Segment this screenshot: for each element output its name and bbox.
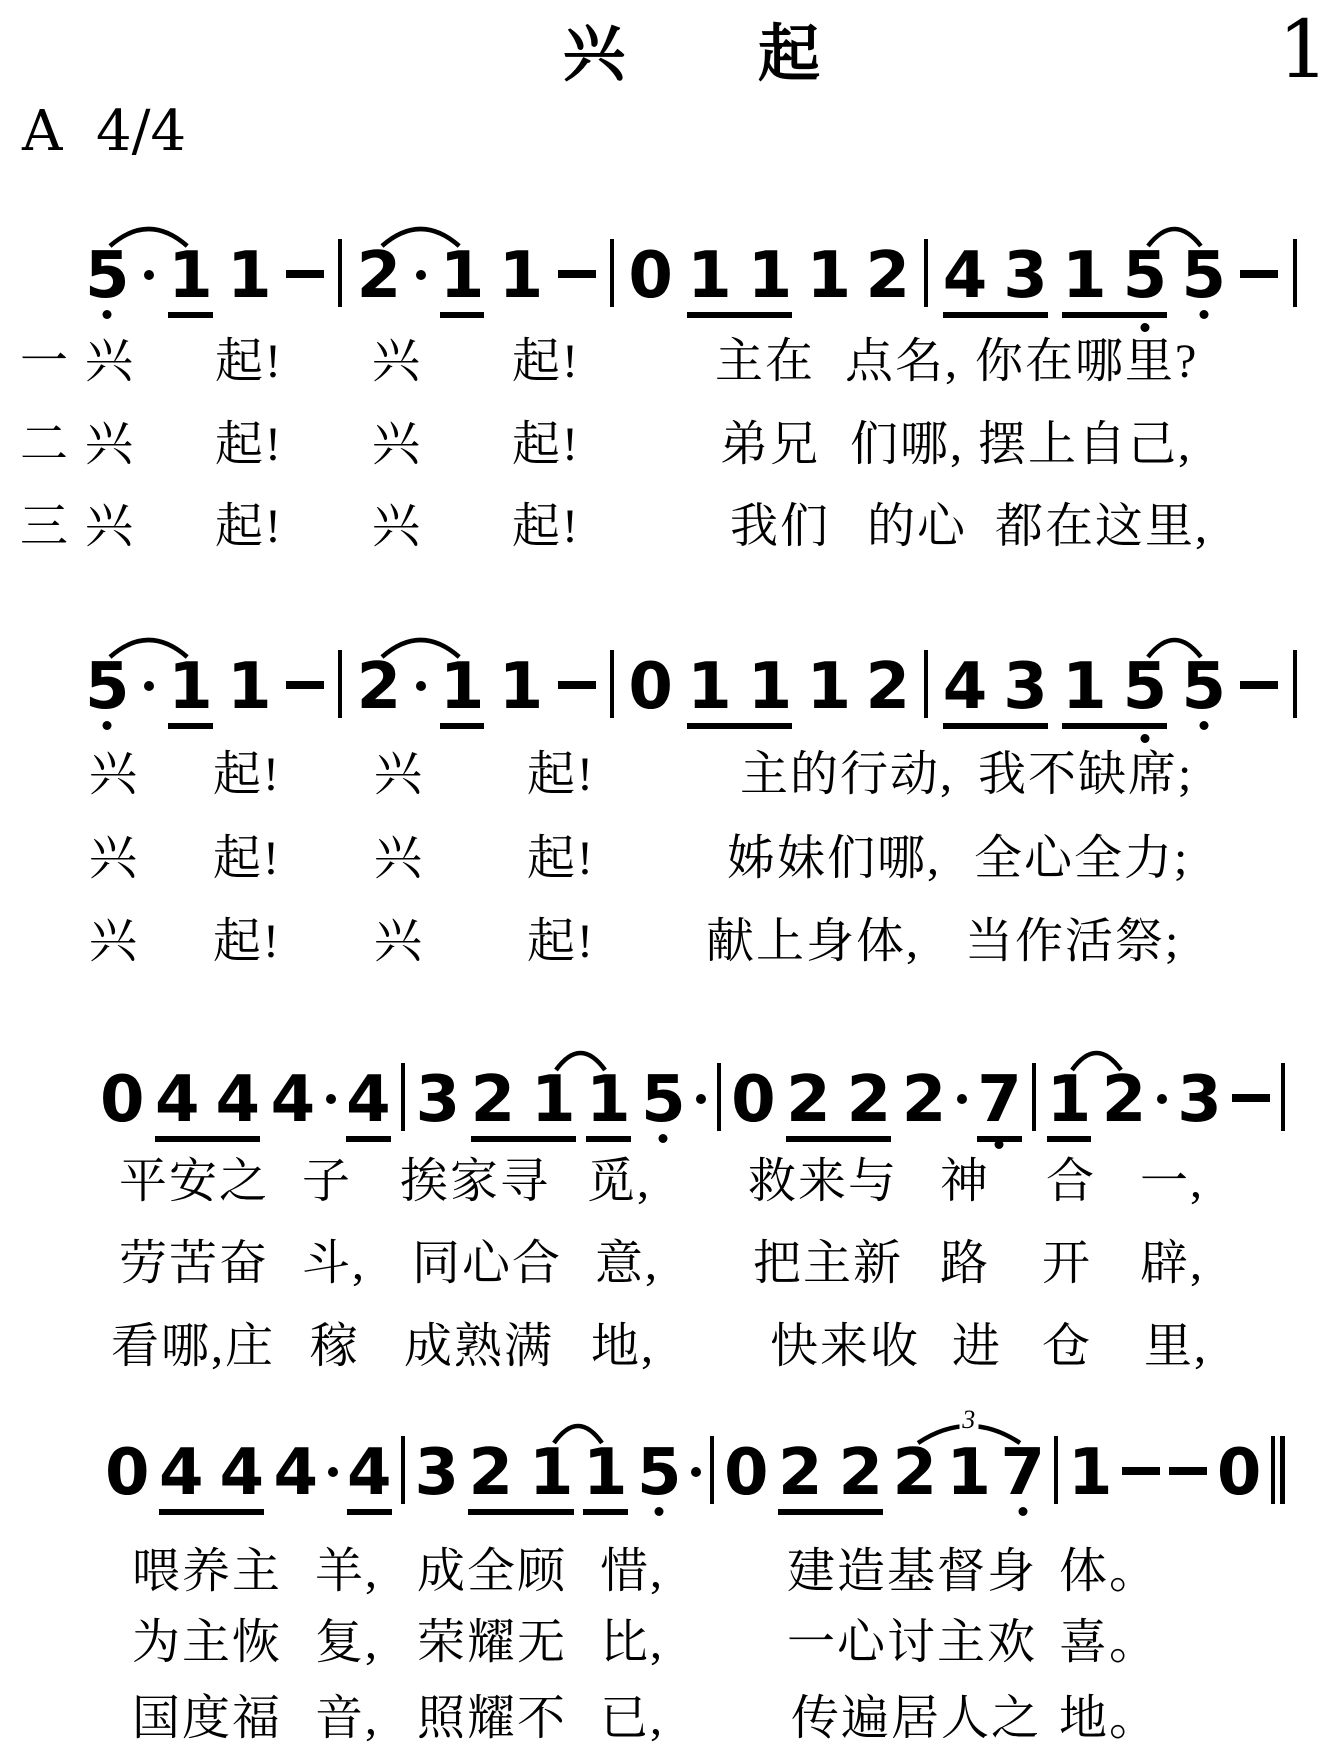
- lyric-text: 荣耀无: [417, 1616, 567, 1670]
- lyric-text: 都在这里,: [995, 500, 1209, 554]
- barline-icon: [1293, 650, 1297, 718]
- augmentation-dot-icon: [691, 1467, 701, 1477]
- lyric-text: 起!: [213, 832, 281, 886]
- lyric-text: 我们: [730, 500, 830, 554]
- note: 1: [1047, 1068, 1092, 1142]
- extension-dash-icon: [1240, 681, 1278, 689]
- note: 1: [440, 244, 485, 318]
- lyric-text: 我不缺席;: [978, 748, 1193, 802]
- extension-dash-icon: [558, 681, 596, 689]
- lyric-text: 起!: [215, 500, 283, 554]
- lyric-text: 兴: [372, 335, 422, 389]
- note: 2: [468, 1441, 513, 1505]
- lyric-text: 兴: [374, 832, 424, 886]
- lyric-text: 喂养主: [132, 1545, 282, 1599]
- lyric-text: 成全顾: [417, 1545, 567, 1599]
- note: 1: [687, 655, 732, 719]
- rest-note: 0: [100, 1068, 145, 1132]
- lyric-text: 快来收: [770, 1320, 920, 1374]
- note: 2: [357, 655, 402, 719]
- augmentation-dot-icon: [326, 1094, 336, 1104]
- lyric-row: 一兴起!兴起!主在点名,你在哪里?: [0, 335, 1320, 393]
- lyric-text: 劳苦奋: [119, 1237, 269, 1291]
- barline-icon: [924, 239, 928, 307]
- note: 7: [977, 1068, 1022, 1142]
- extension-dash-icon: [1240, 270, 1278, 278]
- lyric-text: 全心全力;: [974, 832, 1189, 886]
- key-signature: A: [22, 104, 62, 160]
- note: 1: [499, 655, 544, 719]
- lyric-text: 开: [1042, 1237, 1092, 1291]
- note: 3: [416, 1068, 461, 1132]
- lyric-text: 兴: [372, 418, 422, 472]
- note: 7: [1000, 1441, 1045, 1505]
- extension-dash-icon: [286, 681, 324, 689]
- lyric-text: 复,: [315, 1616, 379, 1670]
- barline-icon: [924, 650, 928, 718]
- lyric-text: 地。: [1059, 1692, 1159, 1746]
- barline-icon: [717, 1063, 721, 1131]
- lyric-row: 二兴起!兴起!弟兄们哪,摆上自己,: [0, 418, 1320, 476]
- lyric-row: 国度福音,照耀不已,传遍居人之地。: [0, 1692, 1320, 1750]
- notation-line-3: 044443211502227123: [100, 1042, 1285, 1164]
- augmentation-dot-icon: [416, 270, 426, 280]
- lyric-text: 喜。: [1059, 1616, 1159, 1670]
- lyric-text: 地,: [591, 1320, 655, 1374]
- note: 4: [346, 1068, 391, 1142]
- lyric-text: 们哪,: [850, 418, 964, 472]
- note: 1: [227, 655, 272, 719]
- note: 4: [943, 655, 988, 719]
- rest-note: 0: [731, 1068, 776, 1132]
- lyric-row: 看哪,庄稼成熟满地,快来收进仓里,: [0, 1320, 1320, 1378]
- note: 2: [892, 1441, 937, 1505]
- note: 1: [687, 244, 732, 308]
- lyric-text: 一,: [1140, 1155, 1204, 1209]
- lyric-text: 兴: [374, 748, 424, 802]
- extension-dash-icon: [1232, 1094, 1270, 1102]
- lyric-row: 兴起!兴起!献上身体,当作活祭;: [0, 915, 1320, 973]
- note: 2: [786, 1068, 831, 1132]
- rest-note: 0: [1217, 1441, 1262, 1505]
- lyric-text: 献上身体,: [706, 915, 920, 969]
- lyric-text: 三: [20, 500, 70, 554]
- augmentation-dot-icon: [416, 681, 426, 691]
- lyric-text: 起!: [213, 915, 281, 969]
- note: 4: [347, 1441, 392, 1515]
- notation-line-1: 5112110111243155: [85, 218, 1297, 340]
- lyric-text: 挨家寻: [400, 1155, 550, 1209]
- note: 2: [847, 1068, 892, 1132]
- lyric-text: 摆上自己,: [978, 418, 1192, 472]
- lyric-text: 起!: [527, 748, 595, 802]
- lyric-text: 辟,: [1140, 1237, 1204, 1291]
- lyric-text: 已,: [600, 1692, 664, 1746]
- note: 1: [529, 1441, 574, 1505]
- beamed-note-group: 43: [943, 244, 1048, 318]
- lyric-row: 劳苦奋斗,同心合意,把主新路开辟,: [0, 1237, 1320, 1295]
- note: 2: [357, 244, 402, 308]
- note: 2: [778, 1441, 823, 1505]
- note: 1: [748, 244, 793, 308]
- lyric-text: 看哪,庄: [111, 1320, 275, 1374]
- note: 1: [748, 655, 793, 719]
- lyric-text: 救来与: [748, 1155, 898, 1209]
- lyric-text: 起!: [527, 915, 595, 969]
- notation-line-4: 0444432115022217103: [105, 1415, 1285, 1537]
- lyric-text: 路: [940, 1237, 990, 1291]
- lyric-text: 把主新: [753, 1237, 903, 1291]
- note: 1: [946, 1441, 991, 1505]
- note: 1: [168, 244, 213, 318]
- lyric-text: 你在哪里?: [975, 335, 1198, 389]
- beamed-note-group: 44: [159, 1441, 264, 1515]
- lyric-text: 点名,: [845, 335, 959, 389]
- barline-icon: [1293, 239, 1297, 307]
- beamed-note-group: 15: [1062, 244, 1167, 318]
- lyric-text: 起!: [512, 500, 580, 554]
- note: 1: [1062, 655, 1107, 719]
- lyric-text: 姊妹们哪,: [727, 832, 941, 886]
- lyric-text: 起!: [527, 832, 595, 886]
- beamed-note-group: 43: [943, 655, 1048, 729]
- lyric-text: 兴: [85, 500, 135, 554]
- note: 1: [168, 655, 213, 729]
- note: 4: [216, 1068, 261, 1132]
- note: 1: [1062, 244, 1107, 308]
- beamed-note-group: 15: [1062, 655, 1167, 729]
- lyric-text: 为主恢: [132, 1616, 282, 1670]
- lyric-text: 觅,: [587, 1155, 651, 1209]
- barline-icon: [338, 239, 342, 307]
- lyric-text: 比,: [600, 1616, 664, 1670]
- note: 4: [943, 244, 988, 308]
- note: 5: [1123, 244, 1168, 308]
- note: 5: [85, 244, 130, 308]
- note: 1: [807, 655, 852, 719]
- beamed-note-group: 21: [468, 1441, 573, 1515]
- note: 1: [807, 244, 852, 308]
- note: 4: [271, 1068, 316, 1132]
- lyric-text: 主在: [715, 335, 815, 389]
- extension-dash-icon: [1169, 1467, 1207, 1475]
- note: 2: [471, 1068, 516, 1132]
- lyric-text: 兴: [85, 335, 135, 389]
- lyric-text: 进: [952, 1320, 1002, 1374]
- note: 1: [499, 244, 544, 308]
- note: 3: [1003, 244, 1048, 308]
- beamed-note-group: 21: [471, 1068, 576, 1142]
- extension-dash-icon: [286, 270, 324, 278]
- lyric-text: 起!: [512, 335, 580, 389]
- lyric-text: 照耀不: [417, 1692, 567, 1746]
- beamed-note-group: 44: [155, 1068, 260, 1142]
- lyric-text: 稼: [310, 1320, 360, 1374]
- lyric-text: 一心讨主欢: [787, 1616, 1037, 1670]
- lyric-text: 同心合: [412, 1237, 562, 1291]
- note: 1: [586, 1068, 631, 1142]
- note: 1: [1068, 1441, 1113, 1505]
- augmentation-dot-icon: [328, 1467, 338, 1477]
- lyric-row: 兴起!兴起!主的行动,我不缺席;: [0, 748, 1320, 806]
- lyric-text: 意,: [595, 1237, 659, 1291]
- note: 5: [641, 1068, 686, 1132]
- page-title-char-1: 兴: [563, 24, 625, 86]
- lyric-row: 喂养主羊,成全顾惜,建造基督身体。: [0, 1545, 1320, 1603]
- lyric-text: 建造基督身: [787, 1545, 1037, 1599]
- augmentation-dot-icon: [1157, 1094, 1167, 1104]
- lyric-text: 兴: [89, 832, 139, 886]
- lyric-text: 斗,: [302, 1237, 366, 1291]
- lyric-text: 音,: [315, 1692, 379, 1746]
- lyric-text: 仓: [1042, 1320, 1092, 1374]
- note: 4: [159, 1441, 204, 1505]
- page-number: 1: [1278, 10, 1320, 90]
- note: 5: [637, 1441, 682, 1505]
- lyric-text: 弟兄: [720, 418, 820, 472]
- hymn-sheet-page: 兴 起 1 A 4/4 5112110111243155 51121101112…: [0, 0, 1320, 1752]
- note: 2: [1102, 1068, 1147, 1132]
- lyric-text: 平安之: [119, 1155, 269, 1209]
- note: 2: [838, 1441, 883, 1505]
- barline-icon: [1054, 1436, 1058, 1504]
- lyric-text: 起!: [512, 418, 580, 472]
- lyric-text: 二: [20, 418, 70, 472]
- lyric-text: 神: [940, 1155, 990, 1209]
- final-barline-icon: [1271, 1436, 1285, 1504]
- lyric-text: 惜,: [600, 1545, 664, 1599]
- note: 5: [1123, 655, 1168, 719]
- lyric-text: 兴: [374, 915, 424, 969]
- barline-icon: [401, 1436, 405, 1504]
- note: 2: [902, 1068, 947, 1132]
- beamed-note-group: 22: [786, 1068, 891, 1142]
- beamed-note-group: 22: [778, 1441, 883, 1515]
- barline-icon: [610, 239, 614, 307]
- rest-note: 0: [628, 244, 673, 308]
- note: 4: [220, 1441, 265, 1505]
- lyric-row: 三兴起!兴起!我们的心都在这里,: [0, 500, 1320, 558]
- note: 2: [865, 244, 910, 308]
- lyric-text: 合: [1046, 1155, 1096, 1209]
- augmentation-dot-icon: [144, 681, 154, 691]
- note: 1: [227, 244, 272, 308]
- time-signature: 4/4: [96, 104, 186, 160]
- barline-icon: [1032, 1063, 1036, 1131]
- lyric-text: 里,: [1144, 1320, 1208, 1374]
- lyric-text: 体。: [1059, 1545, 1159, 1599]
- note: 3: [1177, 1068, 1222, 1132]
- lyric-text: 国度福: [132, 1692, 282, 1746]
- tuplet-number: 3: [959, 1407, 978, 1433]
- lyric-text: 起!: [215, 335, 283, 389]
- augmentation-dot-icon: [696, 1094, 706, 1104]
- lyric-text: 起!: [213, 748, 281, 802]
- lyric-text: 子: [302, 1155, 352, 1209]
- note: 3: [414, 1441, 459, 1505]
- lyric-row: 平安之子挨家寻觅,救来与神合一,: [0, 1155, 1320, 1213]
- note: 1: [583, 1441, 628, 1515]
- extension-dash-icon: [1122, 1467, 1160, 1475]
- note: 5: [1182, 655, 1227, 719]
- note: 5: [1182, 244, 1227, 308]
- augmentation-dot-icon: [144, 270, 154, 280]
- rest-note: 0: [105, 1441, 150, 1505]
- page-title-char-2: 起: [758, 24, 820, 86]
- lyric-text: 成熟满: [404, 1320, 554, 1374]
- lyric-text: 当作活祭;: [965, 915, 1180, 969]
- lyric-text: 主的行动,: [740, 748, 954, 802]
- note: 5: [85, 655, 130, 719]
- lyric-text: 起!: [215, 418, 283, 472]
- note: 3: [1003, 655, 1048, 719]
- lyric-text: 羊,: [315, 1545, 379, 1599]
- barline-icon: [401, 1063, 405, 1131]
- beamed-note-group: 11: [687, 244, 792, 318]
- notation-line-2: 5112110111243155: [85, 629, 1297, 751]
- lyric-row: 为主恢复,荣耀无比,一心讨主欢喜。: [0, 1616, 1320, 1674]
- note: 4: [155, 1068, 200, 1132]
- rest-note: 0: [628, 655, 673, 719]
- barline-icon: [710, 1436, 714, 1504]
- lyric-text: 兴: [89, 915, 139, 969]
- lyric-text: 一: [20, 335, 70, 389]
- rest-note: 0: [724, 1441, 769, 1505]
- lyric-text: 兴: [372, 500, 422, 554]
- beamed-note-group: 11: [687, 655, 792, 729]
- note: 4: [274, 1441, 319, 1505]
- lyric-text: 传遍居人之: [791, 1692, 1041, 1746]
- note: 1: [440, 655, 485, 729]
- augmentation-dot-icon: [957, 1094, 967, 1104]
- lyric-text: 兴: [85, 418, 135, 472]
- barline-icon: [1281, 1063, 1285, 1131]
- note: 1: [531, 1068, 576, 1132]
- note: 2: [865, 655, 910, 719]
- lyric-text: 的心: [867, 500, 967, 554]
- lyric-text: 兴: [89, 748, 139, 802]
- barline-icon: [610, 650, 614, 718]
- barline-icon: [338, 650, 342, 718]
- lyric-row: 兴起!兴起!姊妹们哪,全心全力;: [0, 832, 1320, 890]
- extension-dash-icon: [558, 270, 596, 278]
